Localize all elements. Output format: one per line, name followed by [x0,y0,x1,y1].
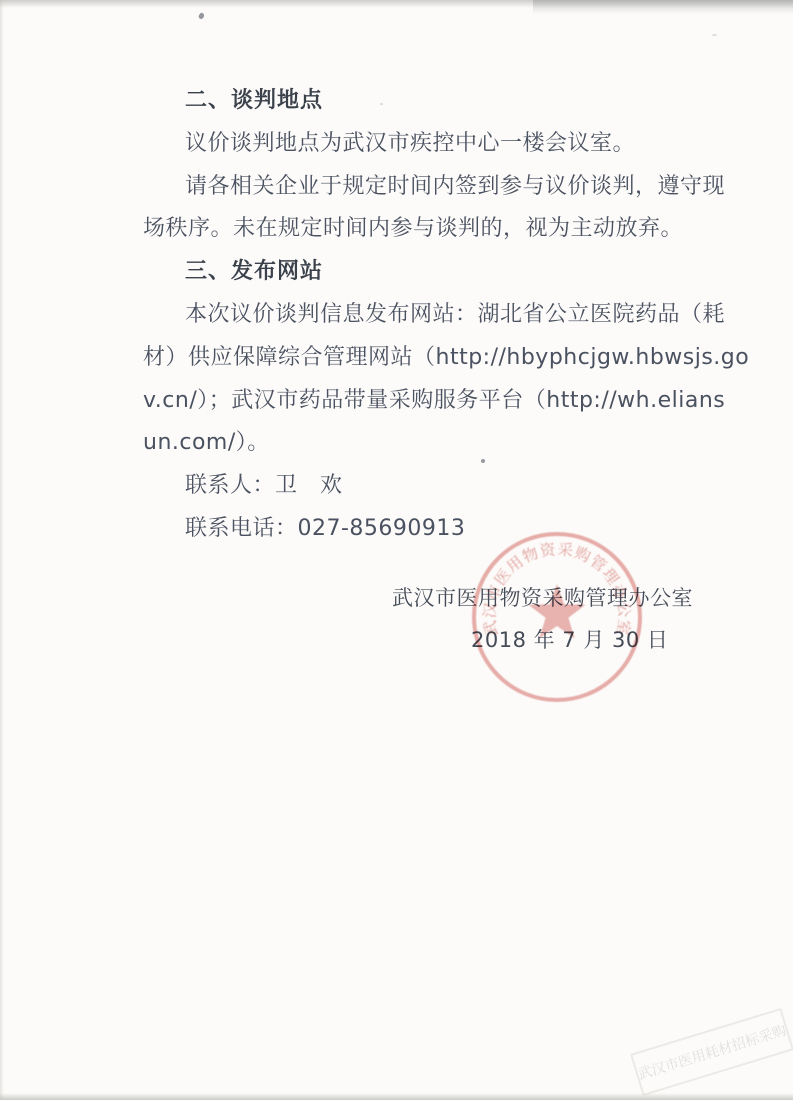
scan-speck [198,12,206,20]
scan-edge-left [0,0,4,1100]
signature-organization: 武汉市医用物资采购管理办公室 [392,582,693,612]
section-heading: 三、发布网站 [143,251,737,294]
contact-person-line: 联系人：卫 欢 [143,465,737,508]
text-line: v.cn/）；武汉市药品带量采购服务平台（http://wh.elians [143,380,737,423]
scan-edge-bottom [0,1093,793,1100]
scanned-document-page: 二、谈判地点 议价谈判地点为武汉市疾控中心一楼会议室。 请各相关企业于规定时间内… [0,0,793,1100]
section-heading: 二、谈判地点 [143,80,737,123]
text-line: 本次议价谈判信息发布网站：湖北省公立医院药品（耗 [143,294,737,337]
watermark-stamp: 武汉市医用耗材招标采购 [630,1008,793,1096]
text-line: 议价谈判地点为武汉市疾控中心一楼会议室。 [143,123,737,166]
scan-speck [712,34,717,36]
scan-edge-top-right [533,0,793,14]
text-line: un.com/）。 [143,422,737,465]
signature-date: 2018 年 7 月 30 日 [471,624,668,654]
text-line: 场秩序。未在规定时间内参与谈判的，视为主动放弃。 [143,208,737,251]
text-line: 请各相关企业于规定时间内签到参与议价谈判，遵守现 [143,166,737,209]
seal-circle [474,534,640,700]
text-line: 材）供应保障综合管理网站（http://hbyphcjgw.hbwsjs.go [143,337,737,380]
document-content: 二、谈判地点 议价谈判地点为武汉市疾控中心一楼会议室。 请各相关企业于规定时间内… [143,80,737,551]
contact-phone-line: 联系电话：027-85690913 [143,508,737,551]
